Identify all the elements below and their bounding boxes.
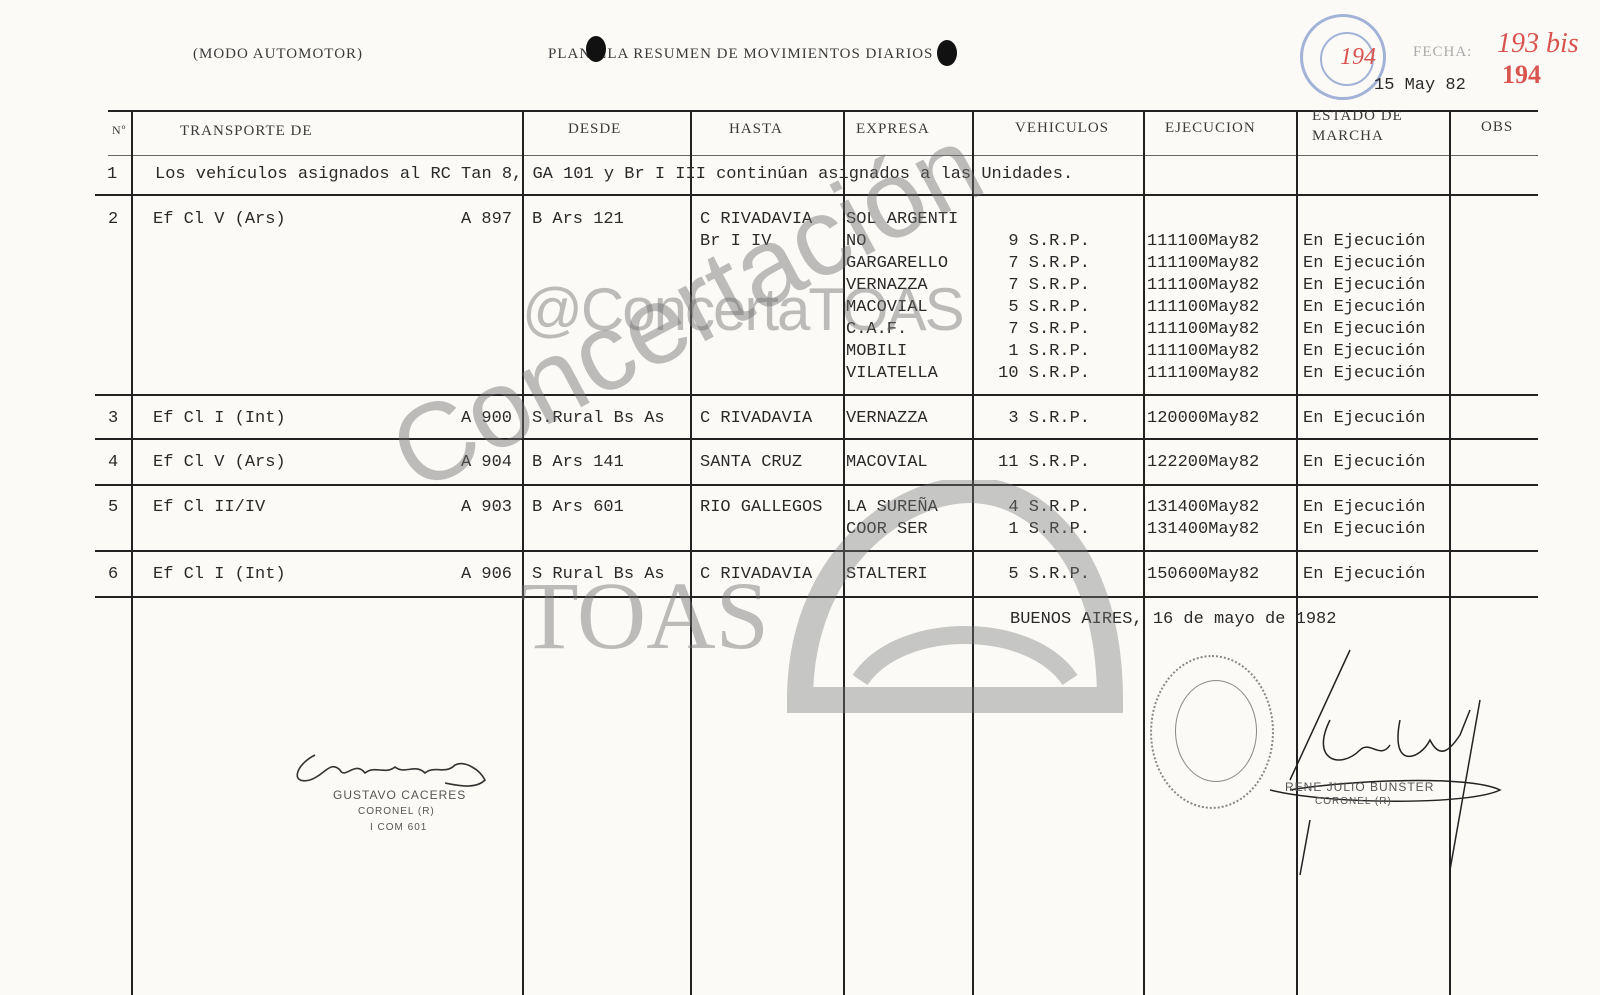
punch-hole-left [586,36,606,62]
estado-cell: En Ejecución [1303,453,1425,472]
hasta-cell: C RIVADAVIA [700,210,812,229]
signer-left-name: GUSTAVO CACERES [333,788,466,802]
expresa-cell: VILATELLA [846,364,938,383]
signer-left-rank: CORONEL (R) [358,806,435,817]
expresa-cell: MOBILI [846,342,907,361]
ejecucion-cell: 131400May82 [1147,498,1259,517]
expresa-cell: C.A.F. [846,320,907,339]
row-number: 1 [107,165,117,184]
expresa-cell: VERNAZZA [846,409,928,428]
col-header-transporte: TRANSPORTE DE [180,123,313,140]
transporte-cell: Ef Cl I (Int) [153,409,286,428]
official-seal-inner [1175,680,1257,782]
ejecucion-cell: 111100May82 [1147,276,1259,295]
ref-cell: A 903 [461,498,512,517]
ejecucion-cell: 111100May82 [1147,364,1259,383]
ejecucion-cell: 111100May82 [1147,298,1259,317]
vehiculos-cell: 7 S.R.P. [1008,254,1090,273]
transporte-cell: Ef Cl I (Int) [153,565,286,584]
punch-hole-right [937,40,957,66]
vehiculos-cell: 3 S.R.P. [1008,409,1090,428]
watermark-helmet-logo [780,480,1140,720]
expresa-cell: SOL ARGENTI [846,210,958,229]
vehiculos-cell: 7 S.R.P. [1008,320,1090,339]
transporte-cell: Ef Cl II/IV [153,498,265,517]
hasta-cell: SANTA CRUZ [700,453,802,472]
signature-left [285,735,505,795]
hasta-cell: Br I IV [700,232,771,251]
col-header-expresa: EXPRESA [856,121,930,138]
signer-left-unit: I COM 601 [370,822,427,833]
col-header-vehiculos: VEHICULOS [1015,120,1109,137]
col-header-ejecucion: EJECUCION [1165,120,1256,137]
estado-cell: En Ejecución [1303,342,1425,361]
estado-cell: En Ejecución [1303,254,1425,273]
estado-cell: En Ejecución [1303,520,1425,539]
expresa-cell: VERNAZZA [846,276,928,295]
vehiculos-cell: 7 S.R.P. [1008,276,1090,295]
signer-right-name: RENE JULIO BUNSTER [1285,780,1434,794]
vehiculos-cell: 10 S.R.P. [998,364,1090,383]
expresa-cell: MACOVIAL [846,453,928,472]
stamp-number: 194 [1340,44,1376,71]
ref-cell: A 897 [461,210,512,229]
col-header-desde: DESDE [568,121,621,138]
estado-cell: En Ejecución [1303,498,1425,517]
ref-cell: A 904 [461,453,512,472]
row1-note: Los vehículos asignados al RC Tan 8, GA … [155,165,1073,184]
row-number: 3 [108,409,118,428]
estado-cell: En Ejecución [1303,276,1425,295]
fecha-label: FECHA: [1413,44,1472,61]
estado-cell: En Ejecución [1303,364,1425,383]
fecha-value: 15 May 82 [1374,76,1466,95]
col-header-hasta: HASTA [729,121,783,138]
ejecucion-cell: 111100May82 [1147,232,1259,251]
expresa-cell: GARGARELLO [846,254,948,273]
signer-right-rank: CORONEL (R) [1315,796,1392,807]
col-header-obs: OBS [1481,119,1513,136]
desde-cell: S Rural Bs As [532,565,665,584]
estado-cell: En Ejecución [1303,298,1425,317]
transporte-cell: Ef Cl V (Ars) [153,453,286,472]
vehiculos-cell: 11 S.R.P. [998,453,1090,472]
vehiculos-cell: 1 S.R.P. [1008,342,1090,361]
mode-label: (MODO AUTOMOTOR) [193,46,363,63]
estado-cell: En Ejecución [1303,565,1425,584]
ejecucion-cell: 122200May82 [1147,453,1259,472]
folio-stamped: 194 [1502,60,1541,90]
row-number: 6 [108,565,118,584]
hasta-cell: C RIVADAVIA [700,409,812,428]
ejecucion-cell: 111100May82 [1147,342,1259,361]
expresa-cell: NO [846,232,866,251]
row-number: 4 [108,453,118,472]
ejecucion-cell: 131400May82 [1147,520,1259,539]
ejecucion-cell: 150600May82 [1147,565,1259,584]
ref-cell: A 906 [461,565,512,584]
expresa-cell: MACOVIAL [846,298,928,317]
desde-cell: B Ars 141 [532,453,624,472]
desde-cell: S.Rural Bs As [532,409,665,428]
vehiculos-cell: 9 S.R.P. [1008,232,1090,251]
desde-cell: B Ars 121 [532,210,624,229]
estado-cell: En Ejecución [1303,320,1425,339]
col-header-n: Nº [112,123,126,138]
row-number: 2 [108,210,118,229]
ejecucion-cell: 111100May82 [1147,320,1259,339]
transporte-cell: Ef Cl V (Ars) [153,210,286,229]
row-number: 5 [108,498,118,517]
signature-right [1270,640,1510,880]
estado-cell: En Ejecución [1303,409,1425,428]
folio-handwritten: 193 bis [1497,28,1579,60]
vehiculos-cell: 5 S.R.P. [1008,298,1090,317]
desde-cell: B Ars 601 [532,498,624,517]
ejecucion-cell: 120000May82 [1147,409,1259,428]
estado-cell: En Ejecución [1303,232,1425,251]
ejecucion-cell: 111100May82 [1147,254,1259,273]
col-header-estado: ESTADO DE MARCHA [1312,106,1422,146]
ref-cell: A 900 [461,409,512,428]
